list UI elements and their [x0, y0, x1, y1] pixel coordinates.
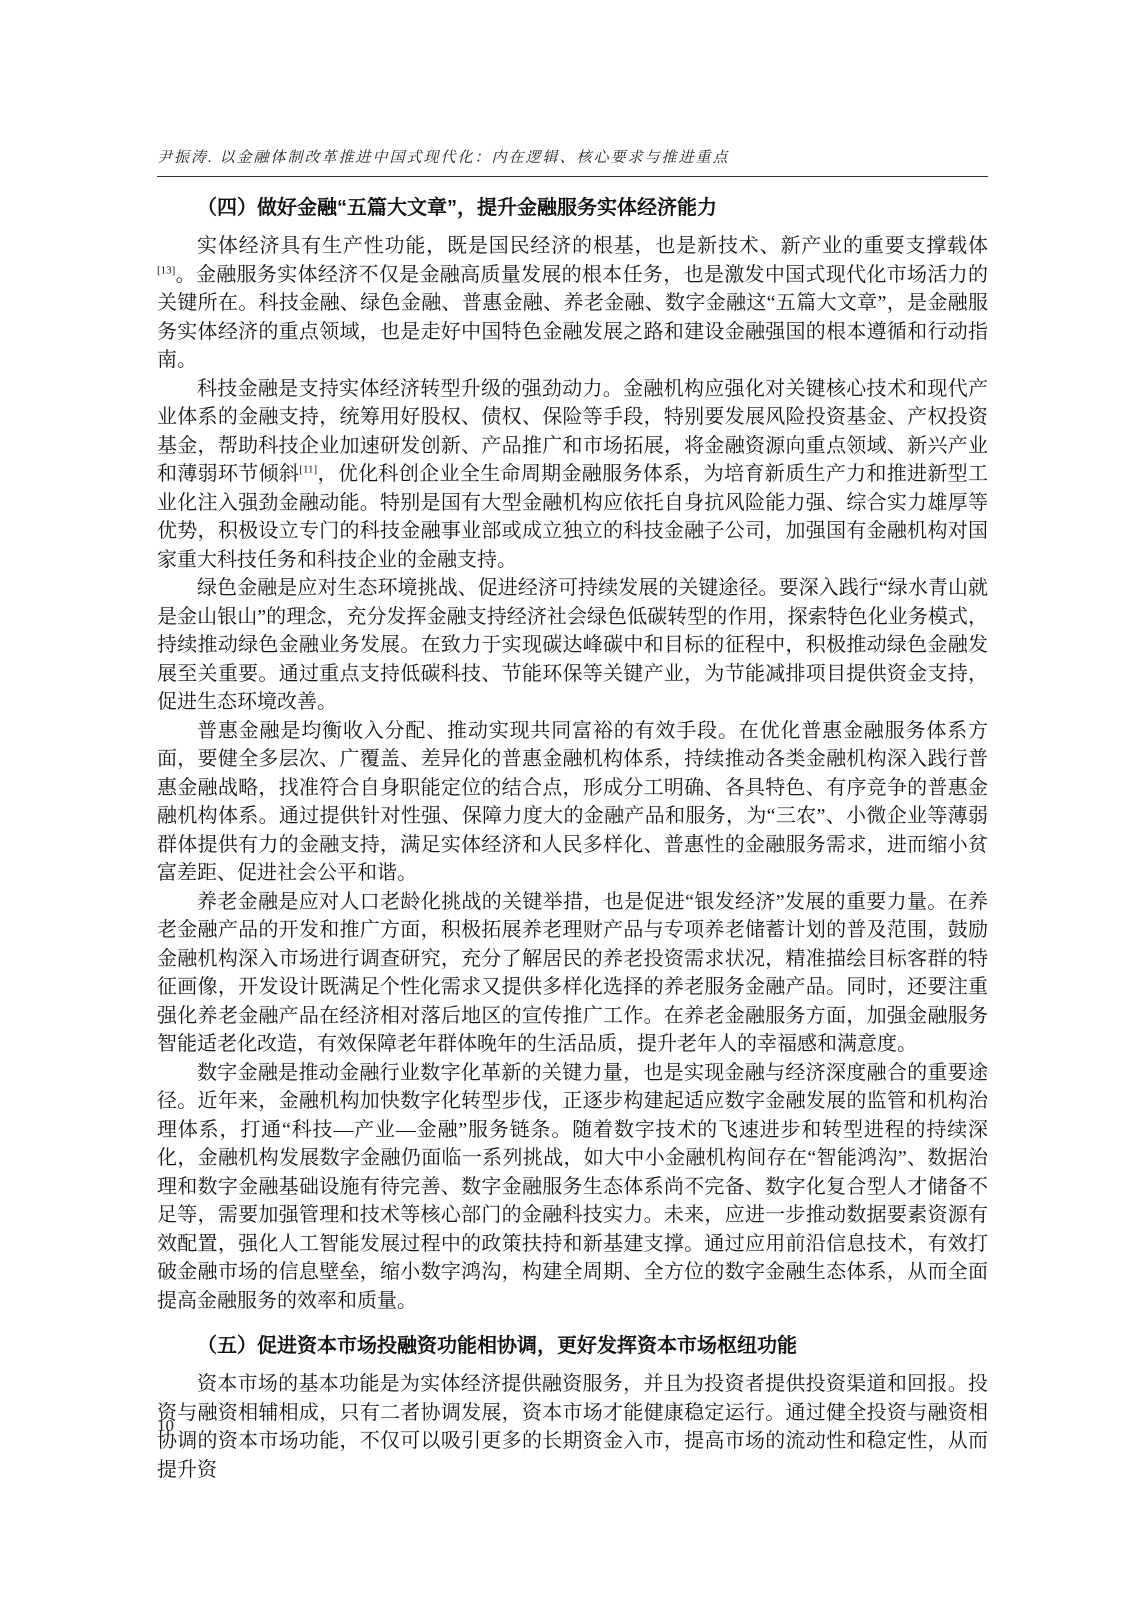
citation-ref-13: [13]: [157, 264, 175, 276]
page-content: 尹振涛. 以金融体制改革推进中国式现代化：内在逻辑、核心要求与推进重点 （四）做…: [157, 146, 988, 1484]
paragraph-tech-finance: 科技金融是支持实体经济转型升级的强劲动力。金融机构应强化对关键核心技术和现代产业…: [157, 375, 988, 575]
paragraph-inclusive-finance: 普惠金融是均衡收入分配、推动实现共同富裕的有效手段。在优化普惠金融服务体系方面，…: [157, 717, 988, 888]
paragraph-text: 实体经济具有生产性功能，既是国民经济的根基，也是新技术、新产业的重要支撑载体: [197, 235, 988, 257]
page-number: 10: [157, 1416, 174, 1436]
paragraph-green-finance: 绿色金融是应对生态环境挑战、促进经济可持续发展的关键途径。要深入践行“绿水青山就…: [157, 574, 988, 717]
section-heading-5: （五）促进资本市场投融资功能相协调，更好发挥资本市场枢纽功能: [157, 1332, 988, 1360]
running-header: 尹振涛. 以金融体制改革推进中国式现代化：内在逻辑、核心要求与推进重点: [157, 146, 988, 177]
paragraph-real-economy: 实体经济具有生产性功能，既是国民经济的根基，也是新技术、新产业的重要支撑载体[1…: [157, 232, 988, 375]
paragraph-digital-finance: 数字金融是推动金融行业数字化革新的关键力量，也是实现金融与经济深度融合的重要途径…: [157, 1059, 988, 1316]
document-page: 尹振涛. 以金融体制改革推进中国式现代化：内在逻辑、核心要求与推进重点 （四）做…: [0, 0, 1140, 1600]
paragraph-pension-finance: 养老金融是应对人口老龄化挑战的关键举措，也是促进“银发经济”发展的重要力量。在养…: [157, 888, 988, 1059]
section-heading-4: （四）做好金融“五篇大文章”，提升金融服务实体经济能力: [157, 194, 988, 222]
paragraph-text: 。金融服务实体经济不仅是金融高质量发展的根本任务，也是激发中国式现代化市场活力的…: [157, 264, 988, 372]
citation-ref-11: [11]: [299, 463, 317, 475]
paragraph-capital-market: 资本市场的基本功能是为实体经济提供融资服务，并且为投资者提供投资渠道和回报。投资…: [157, 1370, 988, 1484]
